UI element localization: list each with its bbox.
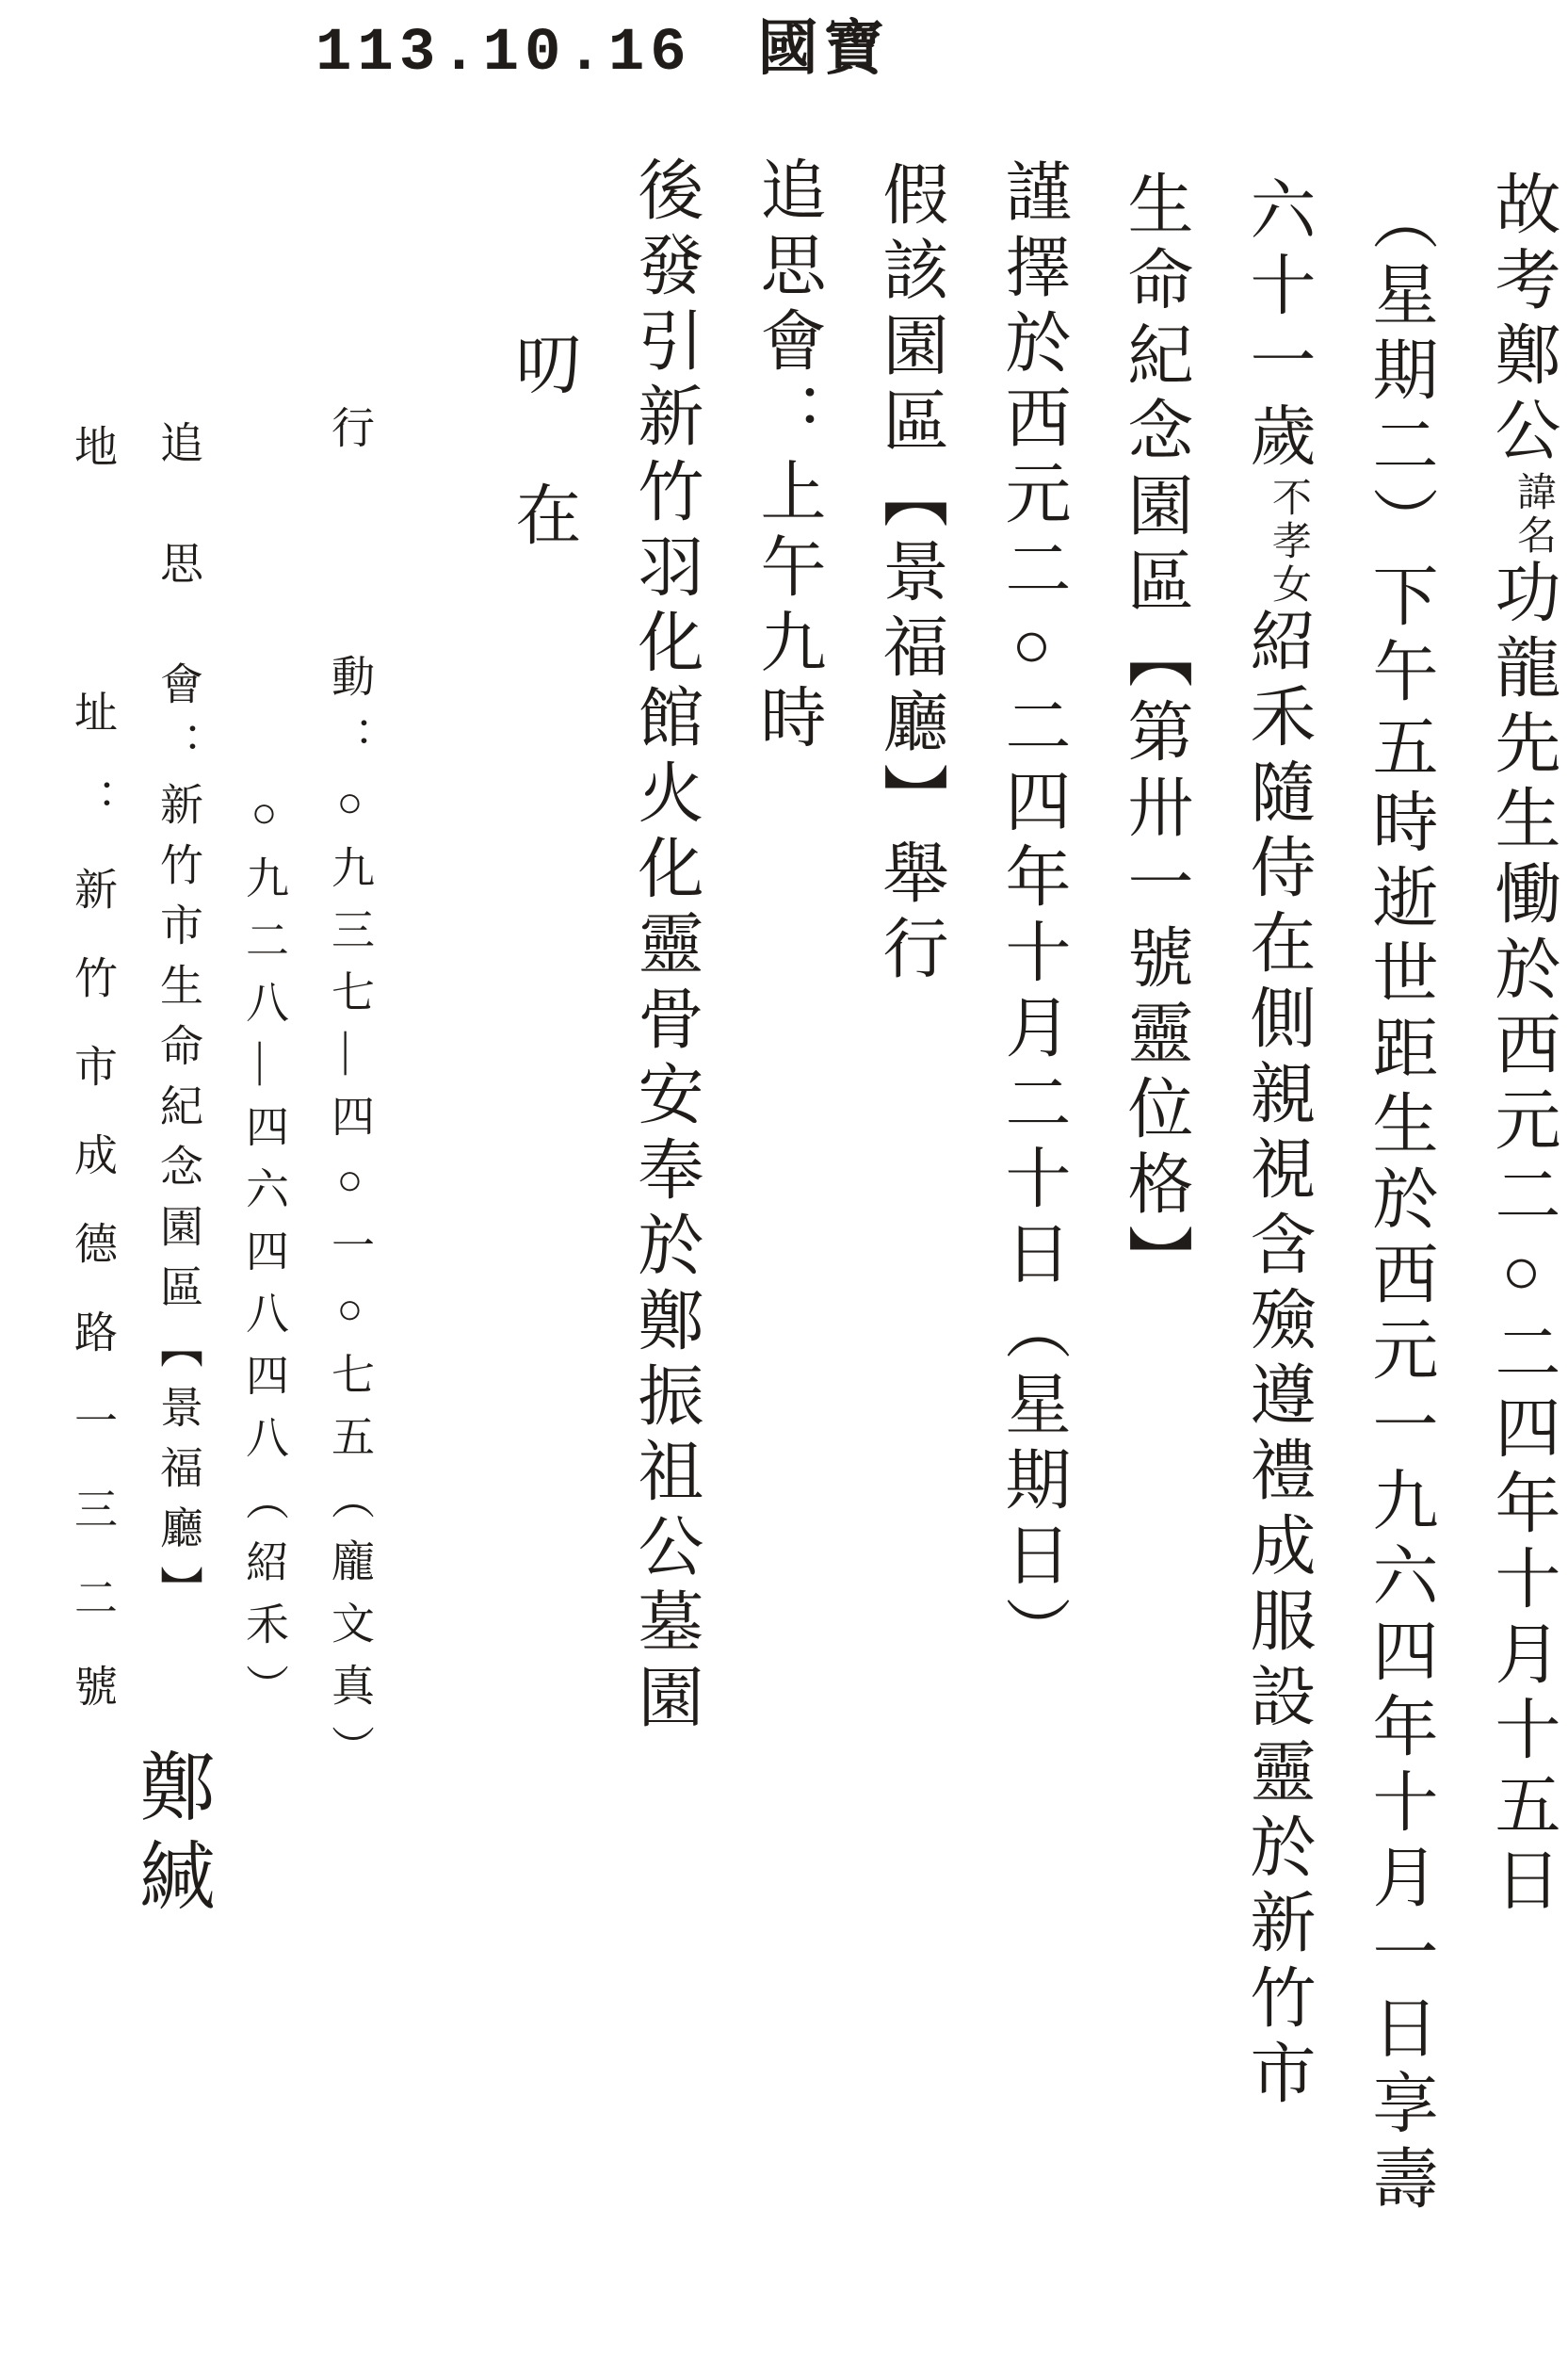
notice-text: 故考鄭公 [1485, 170, 1558, 471]
notice-text: 追思會：上午九時 [751, 155, 823, 758]
memorial-venue-column: 追 思 會：新竹市生命紀念園區【景福廳】 [156, 0, 200, 2372]
notice-column-8: 後發引新竹羽化館火化靈骨安奉於鄭振祖公墓園 [631, 0, 697, 2372]
notice-column-9: 叨 在 [509, 0, 574, 2372]
notice-column-4: 生命紀念園區【第卅一號靈位格】 [1121, 0, 1187, 2372]
notice-text: 紹禾隨侍在側親視含殮遵禮成服設靈於新竹市 [1240, 607, 1313, 2114]
contact-block: 行 動：○九三七—四○一○七五（龐文真） ○九二八—四六四八四八（紹禾） 追 思… [28, 0, 371, 2372]
notice-column-6: 假該園區【景福廳】舉行 [876, 0, 942, 2372]
notice-column-2: （星期二）下午五時逝世距生於西元一九六四年十月一日享壽 [1366, 0, 1431, 2372]
notice-column-7: 追思會：上午九時 [753, 0, 819, 2372]
notice-body: 故考鄭公諱名功龍先生慟於西元二○二四年十月十五日 （星期二）下午五時逝世距生於西… [452, 0, 1554, 2372]
notice-text: 謹擇於西元二○二四年十月二十日（星期日） [995, 157, 1068, 1671]
ruby-annotation: 不孝女 [1267, 477, 1310, 607]
notice-text: （星期二）下午五時逝世距生於西元一九六四年十月一日享壽 [1363, 185, 1435, 2219]
notice-text: 六十一歲 [1240, 175, 1313, 477]
notice-text: 假該園區【景福廳】舉行 [873, 160, 946, 989]
notice-column-1: 故考鄭公諱名功龍先生慟於西元二○二四年十月十五日 [1488, 0, 1554, 2372]
notice-text: 功龍先生慟於西元二○二四年十月十五日 [1485, 558, 1558, 1921]
notice-column-5: 謹擇於西元二○二四年十月二十日（星期日） [998, 0, 1064, 2372]
notice-text: 生命紀念園區【第卅一號靈位格】 [1118, 170, 1190, 1300]
mobile-phone-column: 行 動：○九三七—四○一○七五（龐文真） [328, 0, 371, 2372]
ruby-annotation: 諱名 [1511, 471, 1555, 558]
obituary-page: 113.10.16 國寶 故考鄭公諱名功龍先生慟於西元二○二四年十月十五日 （星… [0, 0, 1568, 2372]
notice-column-3: 六十一歲不孝女紹禾隨侍在側親視含殮遵禮成服設靈於新竹市 [1243, 0, 1309, 2372]
notice-text: 後發引新竹羽化館火化靈骨安奉於鄭振祖公墓園 [628, 155, 701, 1738]
sender-seal: 鄭緘 [132, 1747, 207, 1925]
address-column: 地 址：新竹市成德路一三二號 [71, 0, 114, 2372]
notice-text: 叨 在 [506, 330, 578, 556]
mobile-phone2-column: ○九二八—四六四八四八（紹禾） [242, 0, 285, 2372]
